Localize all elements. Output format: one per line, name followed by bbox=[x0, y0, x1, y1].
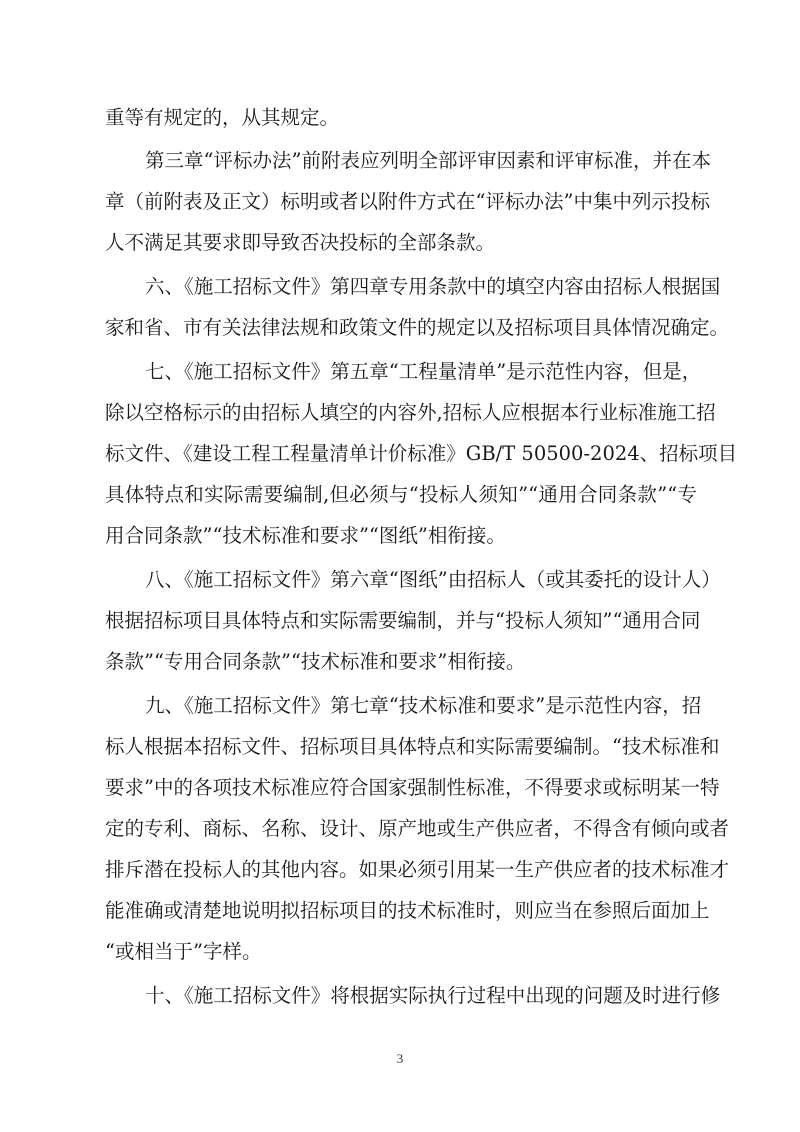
text-line-19: 排斥潜在投标人的其他内容。如果必须引用某一生产供应者的技术标准才 bbox=[105, 855, 697, 885]
text-line-20: 能准确或清楚地说明拟招标项目的技术标准时，则应当在参照后面加上 bbox=[105, 896, 697, 926]
text-line-14: 条款”“专用合同条款”“技术标准和要求”相衔接。 bbox=[105, 647, 697, 677]
document-page: 重等有规定的，从其规定。 第三章“评标办法”前附表应列明全部评审因素和评审标准，… bbox=[0, 0, 800, 1132]
page-number: 3 bbox=[0, 1051, 800, 1067]
text-line-8: 除以空格标示的由招标人填空的内容外,招标人应根据本行业标准施工招 bbox=[105, 398, 697, 428]
text-line-6: 家和省、市有关法律法规和政策文件的规定以及招标项目具体情况确定。 bbox=[105, 313, 697, 343]
text-line-21: “或相当于”字样。 bbox=[105, 937, 697, 967]
text-line-5: 六、《施工招标文件》第四章专用条款中的填空内容由招标人根据国 bbox=[145, 272, 697, 302]
text-line-15: 九、《施工招标文件》第七章“技术标准和要求”是示范性内容，招 bbox=[145, 691, 697, 721]
text-line-10: 具体特点和实际需要编制,但必须与“投标人须知”“通用合同条款”“专 bbox=[105, 480, 697, 510]
text-line-4: 人不满足其要求即导致否决投标的全部条款。 bbox=[105, 228, 697, 258]
text-line-7: 七、《施工招标文件》第五章“工程量清单”是示范性内容，但是， bbox=[145, 357, 697, 387]
text-line-18: 定的专利、商标、名称、设计、原产地或生产供应者，不得含有倾向或者 bbox=[105, 814, 697, 844]
text-line-3: 章（前附表及正文）标明或者以附件方式在“评标办法”中集中列示投标 bbox=[105, 187, 697, 217]
text-line-22: 十、《施工招标文件》将根据实际执行过程中出现的问题及时进行修 bbox=[145, 981, 697, 1011]
text-line-1: 重等有规定的，从其规定。 bbox=[105, 103, 697, 133]
text-line-11: 用合同条款”“技术标准和要求”“图纸”相衔接。 bbox=[105, 521, 697, 551]
text-line-9: 标文件、《建设工程工程量清单计价标准》GB/T 50500-2024、招标项目 bbox=[105, 439, 697, 469]
text-line-12: 八、《施工招标文件》第六章“图纸”由招标人（或其委托的设计人） bbox=[145, 565, 697, 595]
text-line-2: 第三章“评标办法”前附表应列明全部评审因素和评审标准，并在本 bbox=[145, 146, 697, 176]
text-line-13: 根据招标项目具体特点和实际需要编制，并与“投标人须知”“通用合同 bbox=[105, 606, 697, 636]
text-line-17: 要求”中的各项技术标准应符合国家强制性标准，不得要求或标明某一特 bbox=[105, 773, 697, 803]
text-line-16: 标人根据本招标文件、招标项目具体特点和实际需要编制。“技术标准和 bbox=[105, 732, 697, 762]
